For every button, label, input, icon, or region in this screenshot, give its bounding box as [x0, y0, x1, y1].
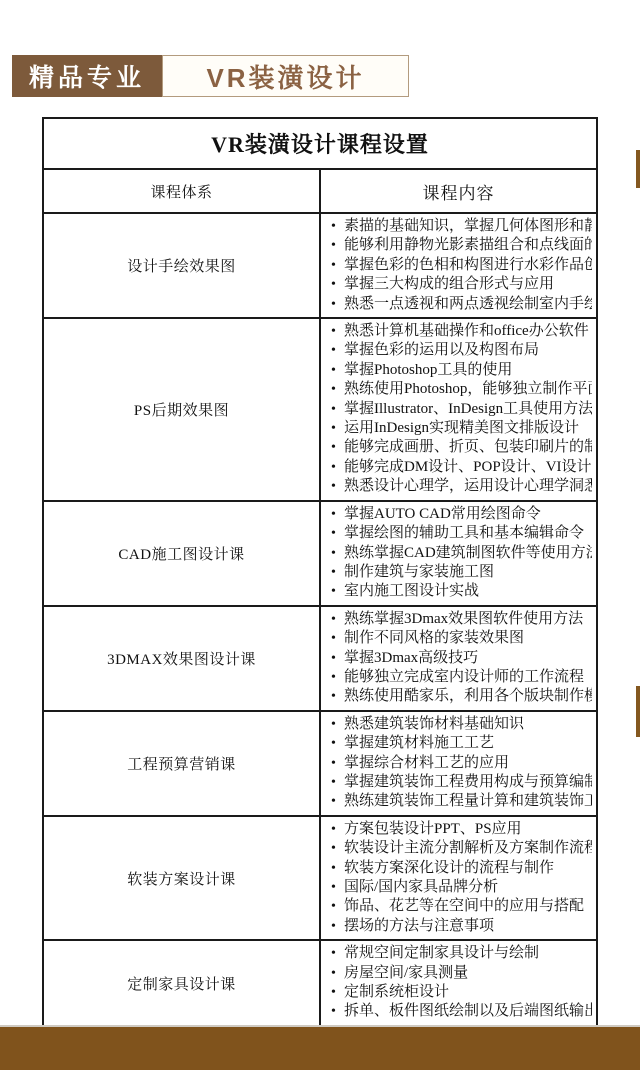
course-name: 工程预算营销课 — [43, 711, 320, 816]
course-content-list: 熟悉计算机基础操作和office办公软件掌握色彩的运用以及构图布局掌握Photo… — [327, 322, 592, 497]
course-content-list: 常规空间定制家具设计与绘制房屋空间/家具测量定制系统柜设计拆单、板件图纸绘制以及… — [327, 944, 592, 1022]
course-content-item: 常规空间定制家具设计与绘制 — [327, 944, 592, 963]
right-edge-bar-top — [636, 150, 640, 188]
course-content-item: 熟悉一点透视和两点透视绘制室内手绘效果图 — [327, 295, 592, 314]
course-content-item: 能够完成DM设计、POP设计、VI设计 — [327, 458, 592, 477]
course-content-item: 掌握绘图的辅助工具和基本编辑命令 — [327, 524, 592, 543]
course-name: PS后期效果图 — [43, 318, 320, 501]
course-content-list: 熟练掌握3Dmax效果图软件使用方法制作不同风格的家装效果图掌握3Dmax高级技… — [327, 610, 592, 707]
page: { "header": { "badge_label": "精品专业", "pr… — [0, 0, 640, 1070]
course-content-item: 掌握Photoshop工具的使用 — [327, 361, 592, 380]
course-content: 方案包装设计PPT、PS应用软装设计主流分割解析及方案制作流程软装方案深化设计的… — [320, 816, 597, 940]
course-content-item: 运用InDesign实现精美图文排版设计 — [327, 419, 592, 438]
course-content-list: 熟悉建筑装饰材料基础知识掌握建筑材料施工工艺掌握综合材料工艺的应用掌握建筑装饰工… — [327, 715, 592, 812]
course-content-item: 制作不同风格的家装效果图 — [327, 629, 592, 648]
table-row: 定制家具设计课常规空间定制家具设计与绘制房屋空间/家具测量定制系统柜设计拆单、板… — [43, 940, 597, 1026]
course-content: 常规空间定制家具设计与绘制房屋空间/家具测量定制系统柜设计拆单、板件图纸绘制以及… — [320, 940, 597, 1026]
course-content-item: 掌握建筑材料施工工艺 — [327, 734, 592, 753]
course-content: 熟悉计算机基础操作和office办公软件掌握色彩的运用以及构图布局掌握Photo… — [320, 318, 597, 501]
course-content-item: 熟练使用酷家乐，利用各个版块制作模型展示动画 — [327, 687, 592, 706]
course-content-item: 熟练建筑装饰工程量计算和建筑装饰工程用料计算 — [327, 792, 592, 811]
course-content-item: 摆场的方法与注意事项 — [327, 917, 592, 936]
table-title: VR装潢设计课程设置 — [43, 118, 597, 169]
course-content-item: 能够利用静物光影素描组合和点线面的使用方法 — [327, 236, 592, 255]
course-content-list: 掌握AUTO CAD常用绘图命令掌握绘图的辅助工具和基本编辑命令熟练掌握CAD建… — [327, 505, 592, 602]
course-content-item: 能够完成画册、折页、包装印刷片的制作 — [327, 438, 592, 457]
table-row: 设计手绘效果图素描的基础知识，掌握几何体图形和静物素描的方法能够利用静物光影素描… — [43, 213, 597, 318]
table-row: PS后期效果图熟悉计算机基础操作和office办公软件掌握色彩的运用以及构图布局… — [43, 318, 597, 501]
course-name: 定制家具设计课 — [43, 940, 320, 1026]
course-content-item: 饰品、花艺等在空间中的应用与搭配 — [327, 897, 592, 916]
course-content-item: 熟悉建筑装饰材料基础知识 — [327, 715, 592, 734]
course-content: 熟练掌握3Dmax效果图软件使用方法制作不同风格的家装效果图掌握3Dmax高级技… — [320, 606, 597, 711]
course-name: 3DMAX效果图设计课 — [43, 606, 320, 711]
course-content-item: 掌握三大构成的组合形式与应用 — [327, 275, 592, 294]
course-content-item: 掌握AUTO CAD常用绘图命令 — [327, 505, 592, 524]
course-content-item: 掌握综合材料工艺的应用 — [327, 754, 592, 773]
course-content: 熟悉建筑装饰材料基础知识掌握建筑材料施工工艺掌握综合材料工艺的应用掌握建筑装饰工… — [320, 711, 597, 816]
course-content-item: 掌握3Dmax高级技巧 — [327, 649, 592, 668]
course-content-item: 室内施工图设计实战 — [327, 582, 592, 601]
column-header-course-content: 课程内容 — [320, 169, 597, 213]
table-row: 3DMAX效果图设计课熟练掌握3Dmax效果图软件使用方法制作不同风格的家装效果… — [43, 606, 597, 711]
course-content-item: 素描的基础知识，掌握几何体图形和静物素描的方法 — [327, 217, 592, 236]
course-content-item: 拆单、板件图纸绘制以及后端图纸输出 — [327, 1002, 592, 1021]
course-content-list: 素描的基础知识，掌握几何体图形和静物素描的方法能够利用静物光影素描组合和点线面的… — [327, 217, 592, 314]
course-content-item: 熟悉设计心理学，运用设计心理学洞悉设计内涵 — [327, 477, 592, 496]
course-content-item: 能够独立完成室内设计师的工作流程 — [327, 668, 592, 687]
course-name: 软装方案设计课 — [43, 816, 320, 940]
header-badge: 精品专业 — [12, 55, 162, 97]
table-header-row: 课程体系 课程内容 — [43, 169, 597, 213]
program-title: VR装潢设计 — [206, 58, 364, 95]
table-title-row: VR装潢设计课程设置 — [43, 118, 597, 169]
table-row: 软装方案设计课方案包装设计PPT、PS应用软装设计主流分割解析及方案制作流程软装… — [43, 816, 597, 940]
course-table-body: VR装潢设计课程设置 课程体系 课程内容 设计手绘效果图素描的基础知识，掌握几何… — [43, 118, 597, 1026]
footer-bar — [0, 1027, 640, 1070]
course-content-item: 熟悉计算机基础操作和office办公软件 — [327, 322, 592, 341]
course-content-item: 掌握色彩的运用以及构图布局 — [327, 341, 592, 360]
table-row: 工程预算营销课熟悉建筑装饰材料基础知识掌握建筑材料施工工艺掌握综合材料工艺的应用… — [43, 711, 597, 816]
course-content-item: 软装设计主流分割解析及方案制作流程 — [327, 839, 592, 858]
course-content-item: 熟练使用Photoshop，能够独立制作平面设计作品 — [327, 380, 592, 399]
course-content-item: 房屋空间/家具测量 — [327, 964, 592, 983]
course-content-item: 熟练掌握3Dmax效果图软件使用方法 — [327, 610, 592, 629]
column-header-course-system: 课程体系 — [43, 169, 320, 213]
course-table: VR装潢设计课程设置 课程体系 课程内容 设计手绘效果图素描的基础知识，掌握几何… — [42, 117, 598, 1027]
right-edge-bar-middle — [636, 686, 640, 737]
table-row: CAD施工图设计课掌握AUTO CAD常用绘图命令掌握绘图的辅助工具和基本编辑命… — [43, 501, 597, 606]
course-content-item: 国际/国内家具品牌分析 — [327, 878, 592, 897]
course-name: 设计手绘效果图 — [43, 213, 320, 318]
course-content-item: 方案包装设计PPT、PS应用 — [327, 820, 592, 839]
course-name: CAD施工图设计课 — [43, 501, 320, 606]
course-content: 掌握AUTO CAD常用绘图命令掌握绘图的辅助工具和基本编辑命令熟练掌握CAD建… — [320, 501, 597, 606]
header-badge-label: 精品专业 — [29, 58, 145, 94]
course-content-item: 掌握Illustrator、InDesign工具使用方法 — [327, 400, 592, 419]
program-title-box: VR装潢设计 — [162, 55, 409, 97]
course-content-item: 掌握建筑装饰工程费用构成与预算编制 — [327, 773, 592, 792]
course-content-item: 定制系统柜设计 — [327, 983, 592, 1002]
course-content-item: 软装方案深化设计的流程与制作 — [327, 859, 592, 878]
page-header: 精品专业 VR装潢设计 — [12, 55, 409, 97]
course-content-item: 制作建筑与家装施工图 — [327, 563, 592, 582]
course-content: 素描的基础知识，掌握几何体图形和静物素描的方法能够利用静物光影素描组合和点线面的… — [320, 213, 597, 318]
course-content-list: 方案包装设计PPT、PS应用软装设计主流分割解析及方案制作流程软装方案深化设计的… — [327, 820, 592, 936]
course-content-item: 掌握色彩的色相和构图进行水彩作品创作 — [327, 256, 592, 275]
course-content-item: 熟练掌握CAD建筑制图软件等使用方法 — [327, 544, 592, 563]
